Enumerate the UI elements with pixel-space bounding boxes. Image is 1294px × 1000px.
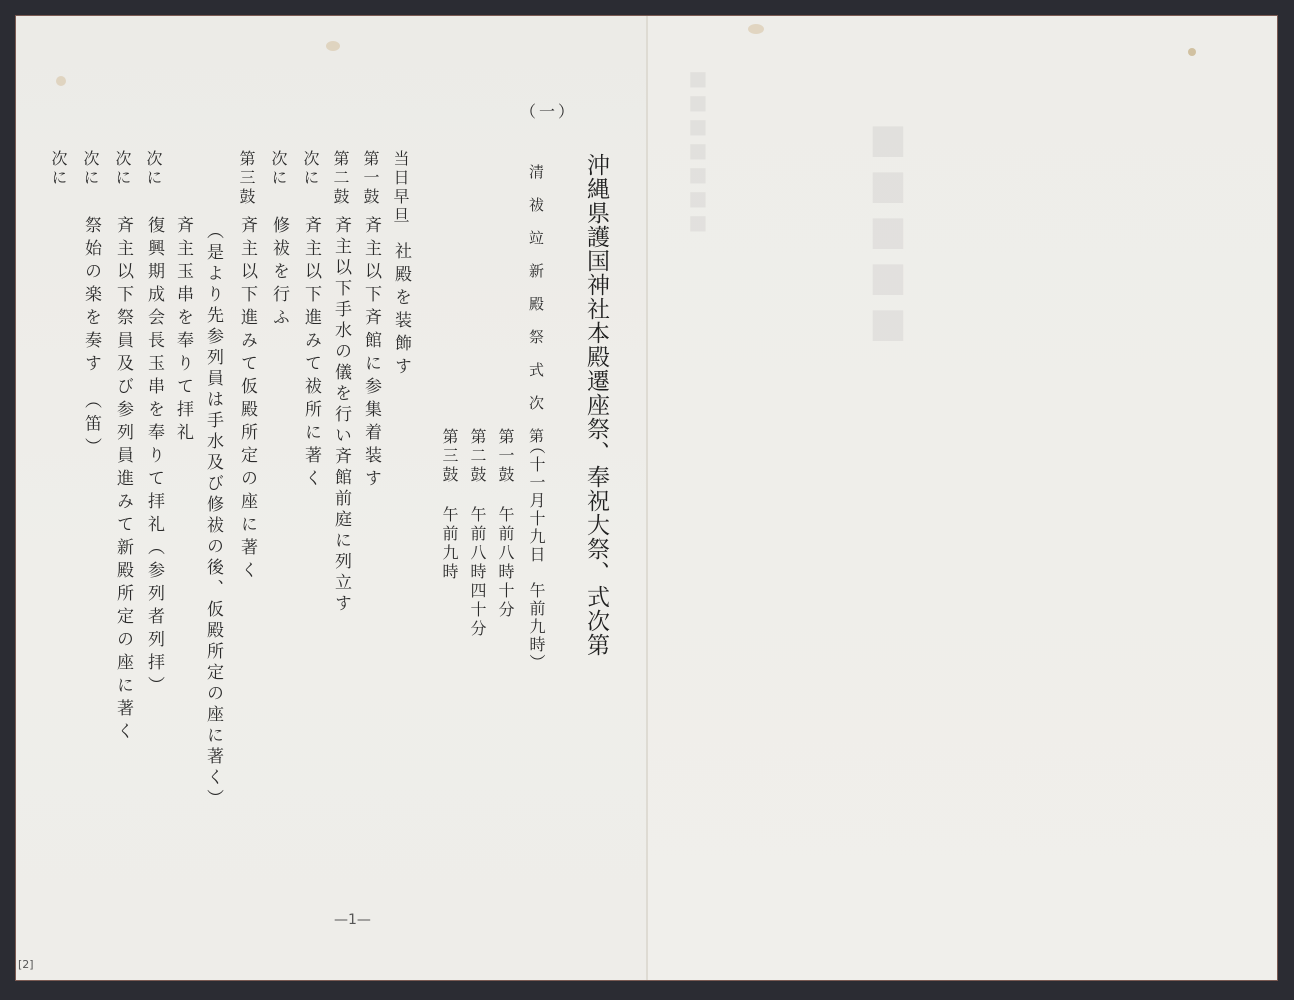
show-through-text: ■■■■■	[868, 116, 908, 346]
section-date: （十一月十九日 午前九時）	[528, 438, 544, 672]
step-11-label: 次に	[50, 150, 66, 188]
step-1-text: 社殿を装飾す	[392, 242, 409, 380]
drum-2-time: 午前八時四十分	[469, 506, 485, 639]
step-8-text: 斉主玉串を奉りて拝礼	[174, 216, 191, 446]
step-5-text: 修祓を行ふ	[270, 216, 287, 331]
step-6-label: 第三鼓	[238, 150, 254, 207]
step-10-label: 次に	[82, 150, 98, 188]
document-sheet: 沖縄県護国神社本殿遷座祭、奉祝大祭、式次第 （一） 清祓竝新殿祭式次第 （十一月…	[16, 16, 1277, 980]
step-1-label: 当日早旦	[392, 150, 408, 226]
step-2-text: 斉主以下斉館に参集着装す	[362, 216, 379, 492]
page-number: —1—	[334, 912, 371, 928]
step-8-label: 次に	[145, 150, 161, 188]
step-4-text: 斉主以下進みて祓所に著く	[302, 216, 319, 492]
drum-2-label: 第二鼓	[469, 428, 485, 485]
paper-stain	[1188, 48, 1196, 56]
right-page-blank: ■■■■■ ■■■■■■■	[648, 16, 1277, 980]
step-5-label: 次に	[270, 150, 286, 188]
paper-stain	[56, 76, 66, 86]
paper-stain	[748, 24, 764, 34]
show-through-text: ■■■■■■■	[688, 66, 708, 234]
archive-mark: [2]	[18, 958, 34, 971]
drum-3-label: 第三鼓	[441, 428, 457, 485]
left-page: 沖縄県護国神社本殿遷座祭、奉祝大祭、式次第 （一） 清祓竝新殿祭式次第 （十一月…	[16, 16, 646, 980]
step-3-label: 第二鼓	[332, 150, 348, 207]
document-title: 沖縄県護国神社本殿遷座祭、奉祝大祭、式次第	[584, 153, 607, 657]
drum-1-label: 第一鼓	[497, 428, 513, 485]
step-9-text: 復興期成会長玉串を奉りて拝礼（参列者列拝）	[145, 216, 162, 699]
step-2-label: 第一鼓	[362, 150, 378, 207]
step-7-note: （是より先参列員は手水及び修祓の後、仮殿所定の座に著く）	[204, 222, 221, 810]
drum-1-time: 午前八時十分	[497, 506, 513, 620]
step-9-label: 次に	[114, 150, 130, 188]
step-11-text: 祭始の楽を奏す （笛）	[82, 216, 99, 461]
section-number: （一）	[520, 104, 577, 120]
step-3-text: 斉主以下手水の儀を行い斉館前庭に列立す	[332, 216, 349, 615]
step-10-text: 斉主以下祭員及び参列員進みて新殿所定の座に著く	[114, 216, 131, 745]
step-4-label: 次に	[302, 150, 318, 188]
paper-stain	[326, 41, 340, 51]
section-heading: 清祓竝新殿祭式次第	[528, 164, 543, 461]
step-6-text: 斉主以下進みて仮殿所定の座に著く	[238, 216, 255, 584]
drum-3-time: 午前九時	[441, 506, 457, 582]
